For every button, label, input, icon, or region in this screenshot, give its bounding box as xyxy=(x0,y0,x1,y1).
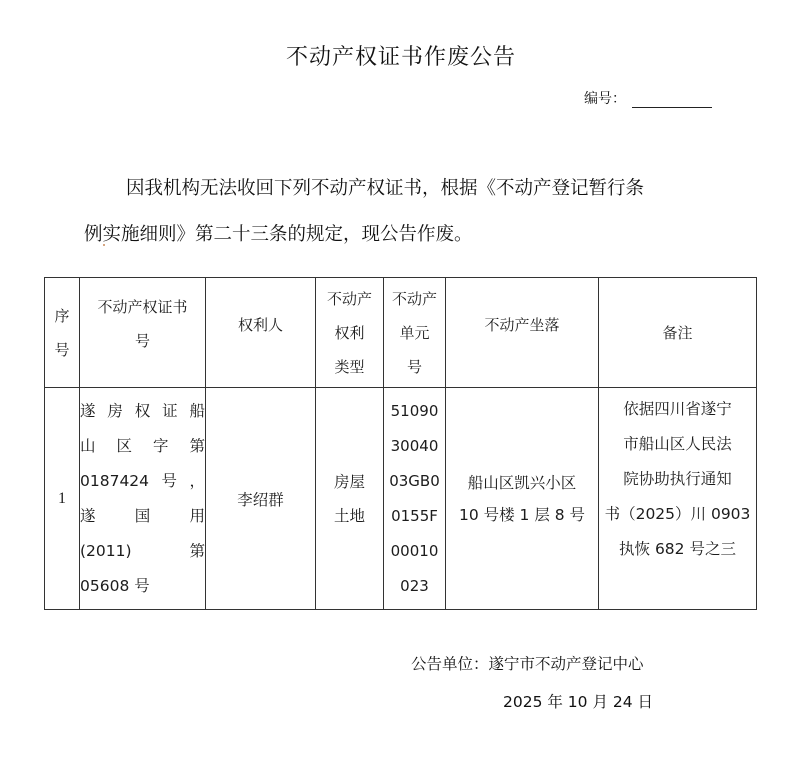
paragraph-line-1: 因我机构无法收回下列不动产权证书，根据《不动产登记暂行条 xyxy=(84,166,744,212)
notice-paragraph: 因我机构无法收回下列不动产权证书，根据《不动产登记暂行条 例实施细则》第二十三条… xyxy=(84,166,744,258)
header-text: 号 xyxy=(45,333,79,367)
page-title: 不动产权证书作废公告 xyxy=(0,40,802,71)
cell-text: 00010 xyxy=(384,534,445,569)
voided-certificates-table: 序 号 不动产权证书 号 权利人 不动产 权利 类型 不动产 单元 号 不动产坐… xyxy=(44,277,757,610)
serial-label: 编号： xyxy=(584,88,626,108)
cell-unit-no: 51090 30040 03GB0 0155F 00010 023 xyxy=(384,388,446,610)
cell-holder: 李绍群 xyxy=(206,388,316,610)
cell-text: 院协助执行通知 xyxy=(599,462,756,497)
cell-text: 0187424号， xyxy=(80,464,205,499)
cell-text: 05608 号 xyxy=(80,569,205,604)
header-text: 不动产 xyxy=(316,282,383,316)
cell-location: 船山区凯兴小区 10 号楼 1 层 8 号 xyxy=(446,388,599,610)
header-text: 号 xyxy=(80,324,205,358)
header-text: 不动产 xyxy=(384,282,445,316)
cell-text: 房屋 xyxy=(316,465,383,499)
issuing-unit: 公告单位：遂宁市不动产登记中心 xyxy=(411,652,644,674)
header-text: 类型 xyxy=(316,350,383,384)
scan-speck xyxy=(103,244,105,246)
cell-text: 执恢 682 号之三 xyxy=(599,532,756,567)
header-cert-no: 不动产权证书 号 xyxy=(80,278,206,388)
cell-text: 30040 xyxy=(384,429,445,464)
cell-remark: 依据四川省遂宁 市船山区人民法 院协助执行通知 书（2025）川 0903 执恢… xyxy=(599,388,757,610)
header-holder: 权利人 xyxy=(206,278,316,388)
cell-text: 10 号楼 1 层 8 号 xyxy=(446,499,598,531)
header-text: 备注 xyxy=(599,316,756,350)
cell-text: 遂国用 xyxy=(80,499,205,534)
cell-text: 遂房权证船 xyxy=(80,394,205,429)
cell-text: 51090 xyxy=(384,394,445,429)
cell-text: 船山区凯兴小区 xyxy=(446,467,598,499)
header-remark: 备注 xyxy=(599,278,757,388)
cell-right-type: 房屋 土地 xyxy=(316,388,384,610)
header-text: 号 xyxy=(384,350,445,384)
cell-text: 03GB0 xyxy=(384,464,445,499)
paragraph-line-2: 例实施细则》第二十三条的规定，现公告作废。 xyxy=(84,212,744,258)
header-right-type: 不动产 权利 类型 xyxy=(316,278,384,388)
serial-blank-line xyxy=(632,93,712,108)
cell-text: 023 xyxy=(384,569,445,604)
serial-number: 编号： xyxy=(584,88,712,108)
cell-text: 土地 xyxy=(316,499,383,533)
header-unit-no: 不动产 单元 号 xyxy=(384,278,446,388)
header-text: 不动产坐落 xyxy=(446,308,598,342)
header-text: 权利人 xyxy=(206,308,315,342)
header-location: 不动产坐落 xyxy=(446,278,599,388)
header-text: 权利 xyxy=(316,316,383,350)
header-text: 序 xyxy=(45,299,79,333)
cell-text: 依据四川省遂宁 xyxy=(599,392,756,427)
cell-text: 市船山区人民法 xyxy=(599,427,756,462)
table-row: 1 遂房权证船 山区字第 0187424号， 遂国用 (2011)第 05608… xyxy=(45,388,757,610)
cell-text: (2011)第 xyxy=(80,534,205,569)
header-text: 单元 xyxy=(384,316,445,350)
cell-cert-no: 遂房权证船 山区字第 0187424号， 遂国用 (2011)第 05608 号 xyxy=(80,388,206,610)
cell-text: 山区字第 xyxy=(80,429,205,464)
issue-date: 2025 年 10 月 24 日 xyxy=(503,690,653,712)
header-seq: 序 号 xyxy=(45,278,80,388)
header-text: 不动产权证书 xyxy=(80,290,205,324)
cell-text: 0155F xyxy=(384,499,445,534)
table-header-row: 序 号 不动产权证书 号 权利人 不动产 权利 类型 不动产 单元 号 不动产坐… xyxy=(45,278,757,388)
cell-text: 书（2025）川 0903 xyxy=(599,497,756,532)
cell-seq: 1 xyxy=(45,388,80,610)
